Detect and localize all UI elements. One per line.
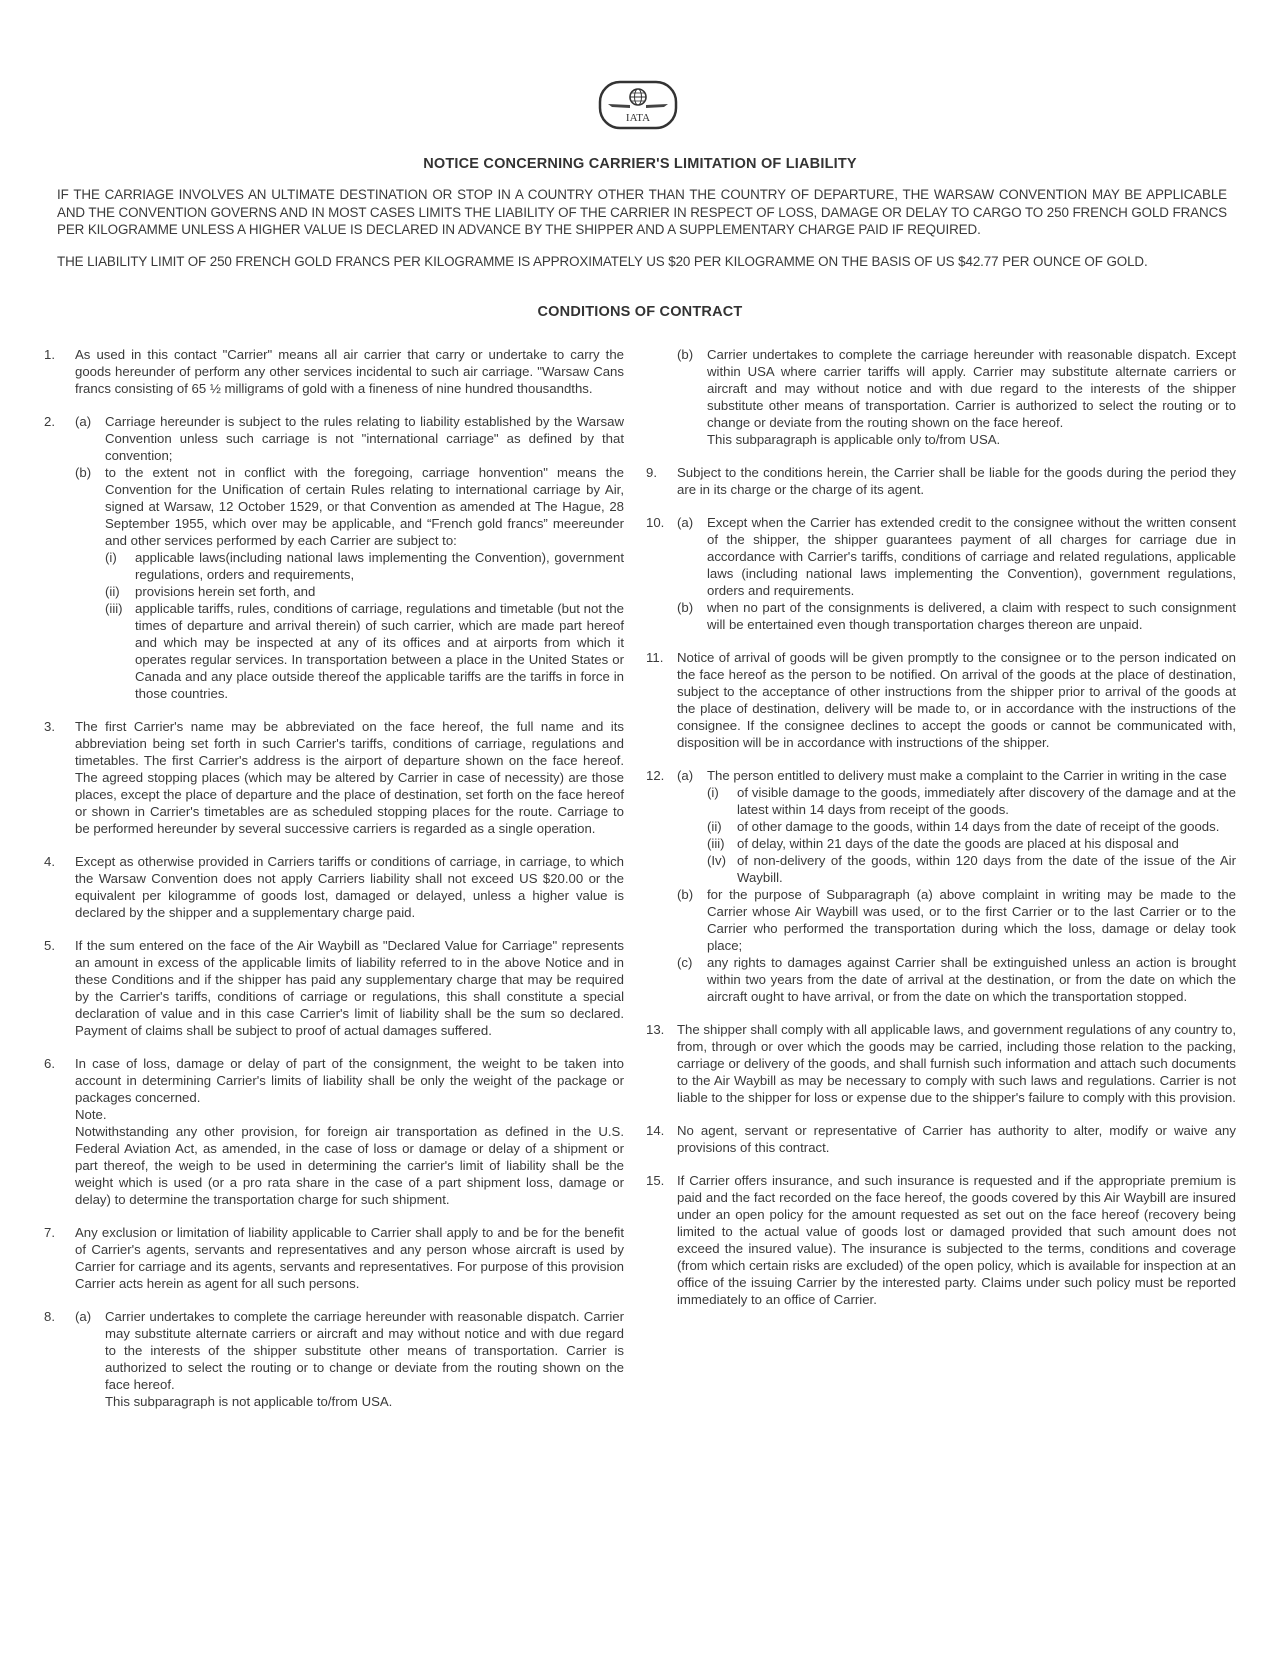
clause-8: 8. (a) Carrier undertakes to complete th… — [44, 1308, 624, 1410]
clause-number: 3. — [44, 718, 55, 735]
svg-text:IATA: IATA — [626, 112, 650, 124]
subclause-label: (a) — [677, 767, 693, 784]
subclause-label: (iii) — [105, 600, 123, 617]
clause-text: Subject to the conditions herein, the Ca… — [677, 464, 1236, 498]
clause-number: 7. — [44, 1224, 55, 1241]
subclause-12b: (b) for the purpose of Subparagraph (a) … — [677, 886, 1236, 954]
subclause-12a: (a) The person entitled to delivery must… — [677, 767, 1236, 886]
clause-text: No agent, servant or representative of C… — [677, 1122, 1236, 1156]
clause-number: 12. — [646, 767, 664, 784]
clause-number: 2. — [44, 413, 55, 430]
subclause-2b-i: (i) applicable laws(including national l… — [105, 549, 624, 583]
notice-paragraph-1: IF THE CARRIAGE INVOLVES AN ULTIMATE DES… — [57, 186, 1227, 239]
clause-text: The shipper shall comply with all applic… — [677, 1021, 1236, 1106]
clause-number: 13. — [646, 1021, 664, 1038]
clause-body: (a) Except when the Carrier has extended… — [677, 514, 1236, 633]
subclause-8a: (a) Carrier undertakes to complete the c… — [75, 1308, 624, 1410]
iata-logo: IATA — [598, 80, 678, 130]
clause-text: Except as otherwise provided in Carriers… — [75, 853, 624, 921]
clause-6: 6. In case of loss, damage or delay of p… — [44, 1055, 624, 1208]
subclause-2b-ii: (ii) provisions herein set forth, and — [105, 583, 624, 600]
subclause-12a-i: (i) of visible damage to the goods, imme… — [707, 784, 1236, 818]
clause-body: (b) Carrier undertakes to complete the c… — [677, 346, 1236, 448]
clause-text: In case of loss, damage or delay of part… — [75, 1055, 624, 1106]
subclause-2b: (b) to the extent not in conflict with t… — [75, 464, 624, 702]
subclause-text: Except when the Carrier has extended cre… — [707, 514, 1236, 599]
subclause-2a: (a) Carriage hereunder is subject to the… — [75, 413, 624, 464]
subclause-label: (i) — [105, 549, 117, 566]
subclause-text: of visible damage to the goods, immediat… — [737, 784, 1236, 818]
subclause-text: when no part of the consignments is deli… — [707, 599, 1236, 633]
clause-text: Any exclusion or limitation of liability… — [75, 1224, 624, 1292]
subclause-label: (b) — [677, 346, 693, 363]
subclause-label: (a) — [75, 1308, 91, 1325]
clause-number: 4. — [44, 853, 55, 870]
clause-1: 1. As used in this contact "Carrier" mea… — [44, 346, 624, 397]
subclause-label: (a) — [75, 413, 91, 430]
clause-body: In case of loss, damage or delay of part… — [75, 1055, 624, 1208]
conditions-title: CONDITIONS OF CONTRACT — [0, 304, 1280, 320]
subclause-text: The person entitled to delivery must mak… — [707, 767, 1236, 784]
subclause-note: This subparagraph is not applicable to/f… — [105, 1393, 624, 1410]
subclause-text: applicable laws(including national laws … — [135, 549, 624, 583]
clause-9: 9. Subject to the conditions herein, the… — [646, 464, 1236, 498]
clause-8b: (b) Carrier undertakes to complete the c… — [646, 346, 1236, 448]
clause-15: 15. If Carrier offers insurance, and suc… — [646, 1172, 1236, 1308]
subclause-text: Carriage hereunder is subject to the rul… — [105, 413, 624, 464]
clause-number: 1. — [44, 346, 55, 363]
note-text: Notwithstanding any other provision, for… — [75, 1123, 624, 1208]
clause-12: 12. (a) The person entitled to delivery … — [646, 767, 1236, 1005]
clause-10: 10. (a) Except when the Carrier has exte… — [646, 514, 1236, 633]
clause-13: 13. The shipper shall comply with all ap… — [646, 1021, 1236, 1106]
subclause-10b: (b) when no part of the consignments is … — [677, 599, 1236, 633]
notice-title: NOTICE CONCERNING CARRIER'S LIMITATION O… — [0, 156, 1280, 172]
clause-body: (a) Carriage hereunder is subject to the… — [75, 413, 624, 702]
clause-text: If the sum entered on the face of the Ai… — [75, 937, 624, 1039]
clause-body: (a) The person entitled to delivery must… — [677, 767, 1236, 1005]
subclause-12a-iv: (Iv) of non-delivery of the goods, withi… — [707, 852, 1236, 886]
clause-number: 15. — [646, 1172, 664, 1189]
subclause-text: of delay, within 21 days of the date the… — [737, 835, 1236, 852]
notice-paragraph: THE LIABILITY LIMIT OF 250 FRENCH GOLD F… — [57, 253, 1227, 271]
subclause-8b: (b) Carrier undertakes to complete the c… — [677, 346, 1236, 448]
clause-number: 9. — [646, 464, 657, 481]
subclause-label: (b) — [677, 886, 693, 903]
subclause-text: Carrier undertakes to complete the carri… — [105, 1308, 624, 1393]
clause-7: 7. Any exclusion or limitation of liabil… — [44, 1224, 624, 1292]
subclause-label: (b) — [75, 464, 91, 481]
subclause-12c: (c) any rights to damages against Carrie… — [677, 954, 1236, 1005]
subclause-text: to the extent not in conflict with the f… — [105, 464, 624, 549]
clause-5: 5. If the sum entered on the face of the… — [44, 937, 624, 1039]
clause-number: 10. — [646, 514, 664, 531]
subclause-label: (iii) — [707, 835, 725, 852]
clause-text: If Carrier offers insurance, and such in… — [677, 1172, 1236, 1308]
subclause-text: of non-delivery of the goods, within 120… — [737, 852, 1236, 886]
subclause-label: (i) — [707, 784, 719, 801]
clause-text: As used in this contact "Carrier" means … — [75, 346, 624, 397]
subclause-text: applicable tariffs, rules, conditions of… — [135, 600, 624, 702]
note-label: Note. — [75, 1106, 624, 1123]
subclause-label: (a) — [677, 514, 693, 531]
subclause-label: (c) — [677, 954, 692, 971]
clause-4: 4. Except as otherwise provided in Carri… — [44, 853, 624, 921]
clause-body: (a) Carrier undertakes to complete the c… — [75, 1308, 624, 1410]
subclause-2b-iii: (iii) applicable tariffs, rules, conditi… — [105, 600, 624, 702]
subclause-12a-ii: (ii) of other damage to the goods, withi… — [707, 818, 1236, 835]
subclause-label: (b) — [677, 599, 693, 616]
clause-number: 8. — [44, 1308, 55, 1325]
subclause-text: any rights to damages against Carrier sh… — [707, 954, 1236, 1005]
conditions-left-column: 1. As used in this contact "Carrier" mea… — [44, 346, 624, 1426]
clause-number: 14. — [646, 1122, 664, 1139]
subclause-note: This subparagraph is applicable only to/… — [707, 431, 1236, 448]
clause-text: The first Carrier's name may be abbrevia… — [75, 718, 624, 837]
clause-number: 5. — [44, 937, 55, 954]
clause-2: 2. (a) Carriage hereunder is subject to … — [44, 413, 624, 702]
subclause-text: Carrier undertakes to complete the carri… — [707, 346, 1236, 431]
conditions-right-column: (b) Carrier undertakes to complete the c… — [646, 346, 1236, 1324]
subclause-label: (Iv) — [707, 852, 726, 869]
clause-number: 11. — [646, 649, 663, 666]
subclause-label: (ii) — [707, 818, 722, 835]
subclause-12a-iii: (iii) of delay, within 21 days of the da… — [707, 835, 1236, 852]
notice-paragraph: IF THE CARRIAGE INVOLVES AN ULTIMATE DES… — [57, 186, 1227, 239]
clause-number: 6. — [44, 1055, 55, 1072]
subclause-text: provisions herein set forth, and — [135, 583, 624, 600]
clause-3: 3. The first Carrier's name may be abbre… — [44, 718, 624, 837]
notice-paragraph-2: THE LIABILITY LIMIT OF 250 FRENCH GOLD F… — [57, 253, 1227, 271]
clause-14: 14. No agent, servant or representative … — [646, 1122, 1236, 1156]
iata-logo-icon: IATA — [598, 80, 678, 130]
subclause-10a: (a) Except when the Carrier has extended… — [677, 514, 1236, 599]
clause-11: 11. Notice of arrival of goods will be g… — [646, 649, 1236, 751]
clause-text: Notice of arrival of goods will be given… — [677, 649, 1236, 751]
subclause-text: of other damage to the goods, within 14 … — [737, 818, 1236, 835]
subclause-label: (ii) — [105, 583, 120, 600]
subclause-text: for the purpose of Subparagraph (a) abov… — [707, 886, 1236, 954]
